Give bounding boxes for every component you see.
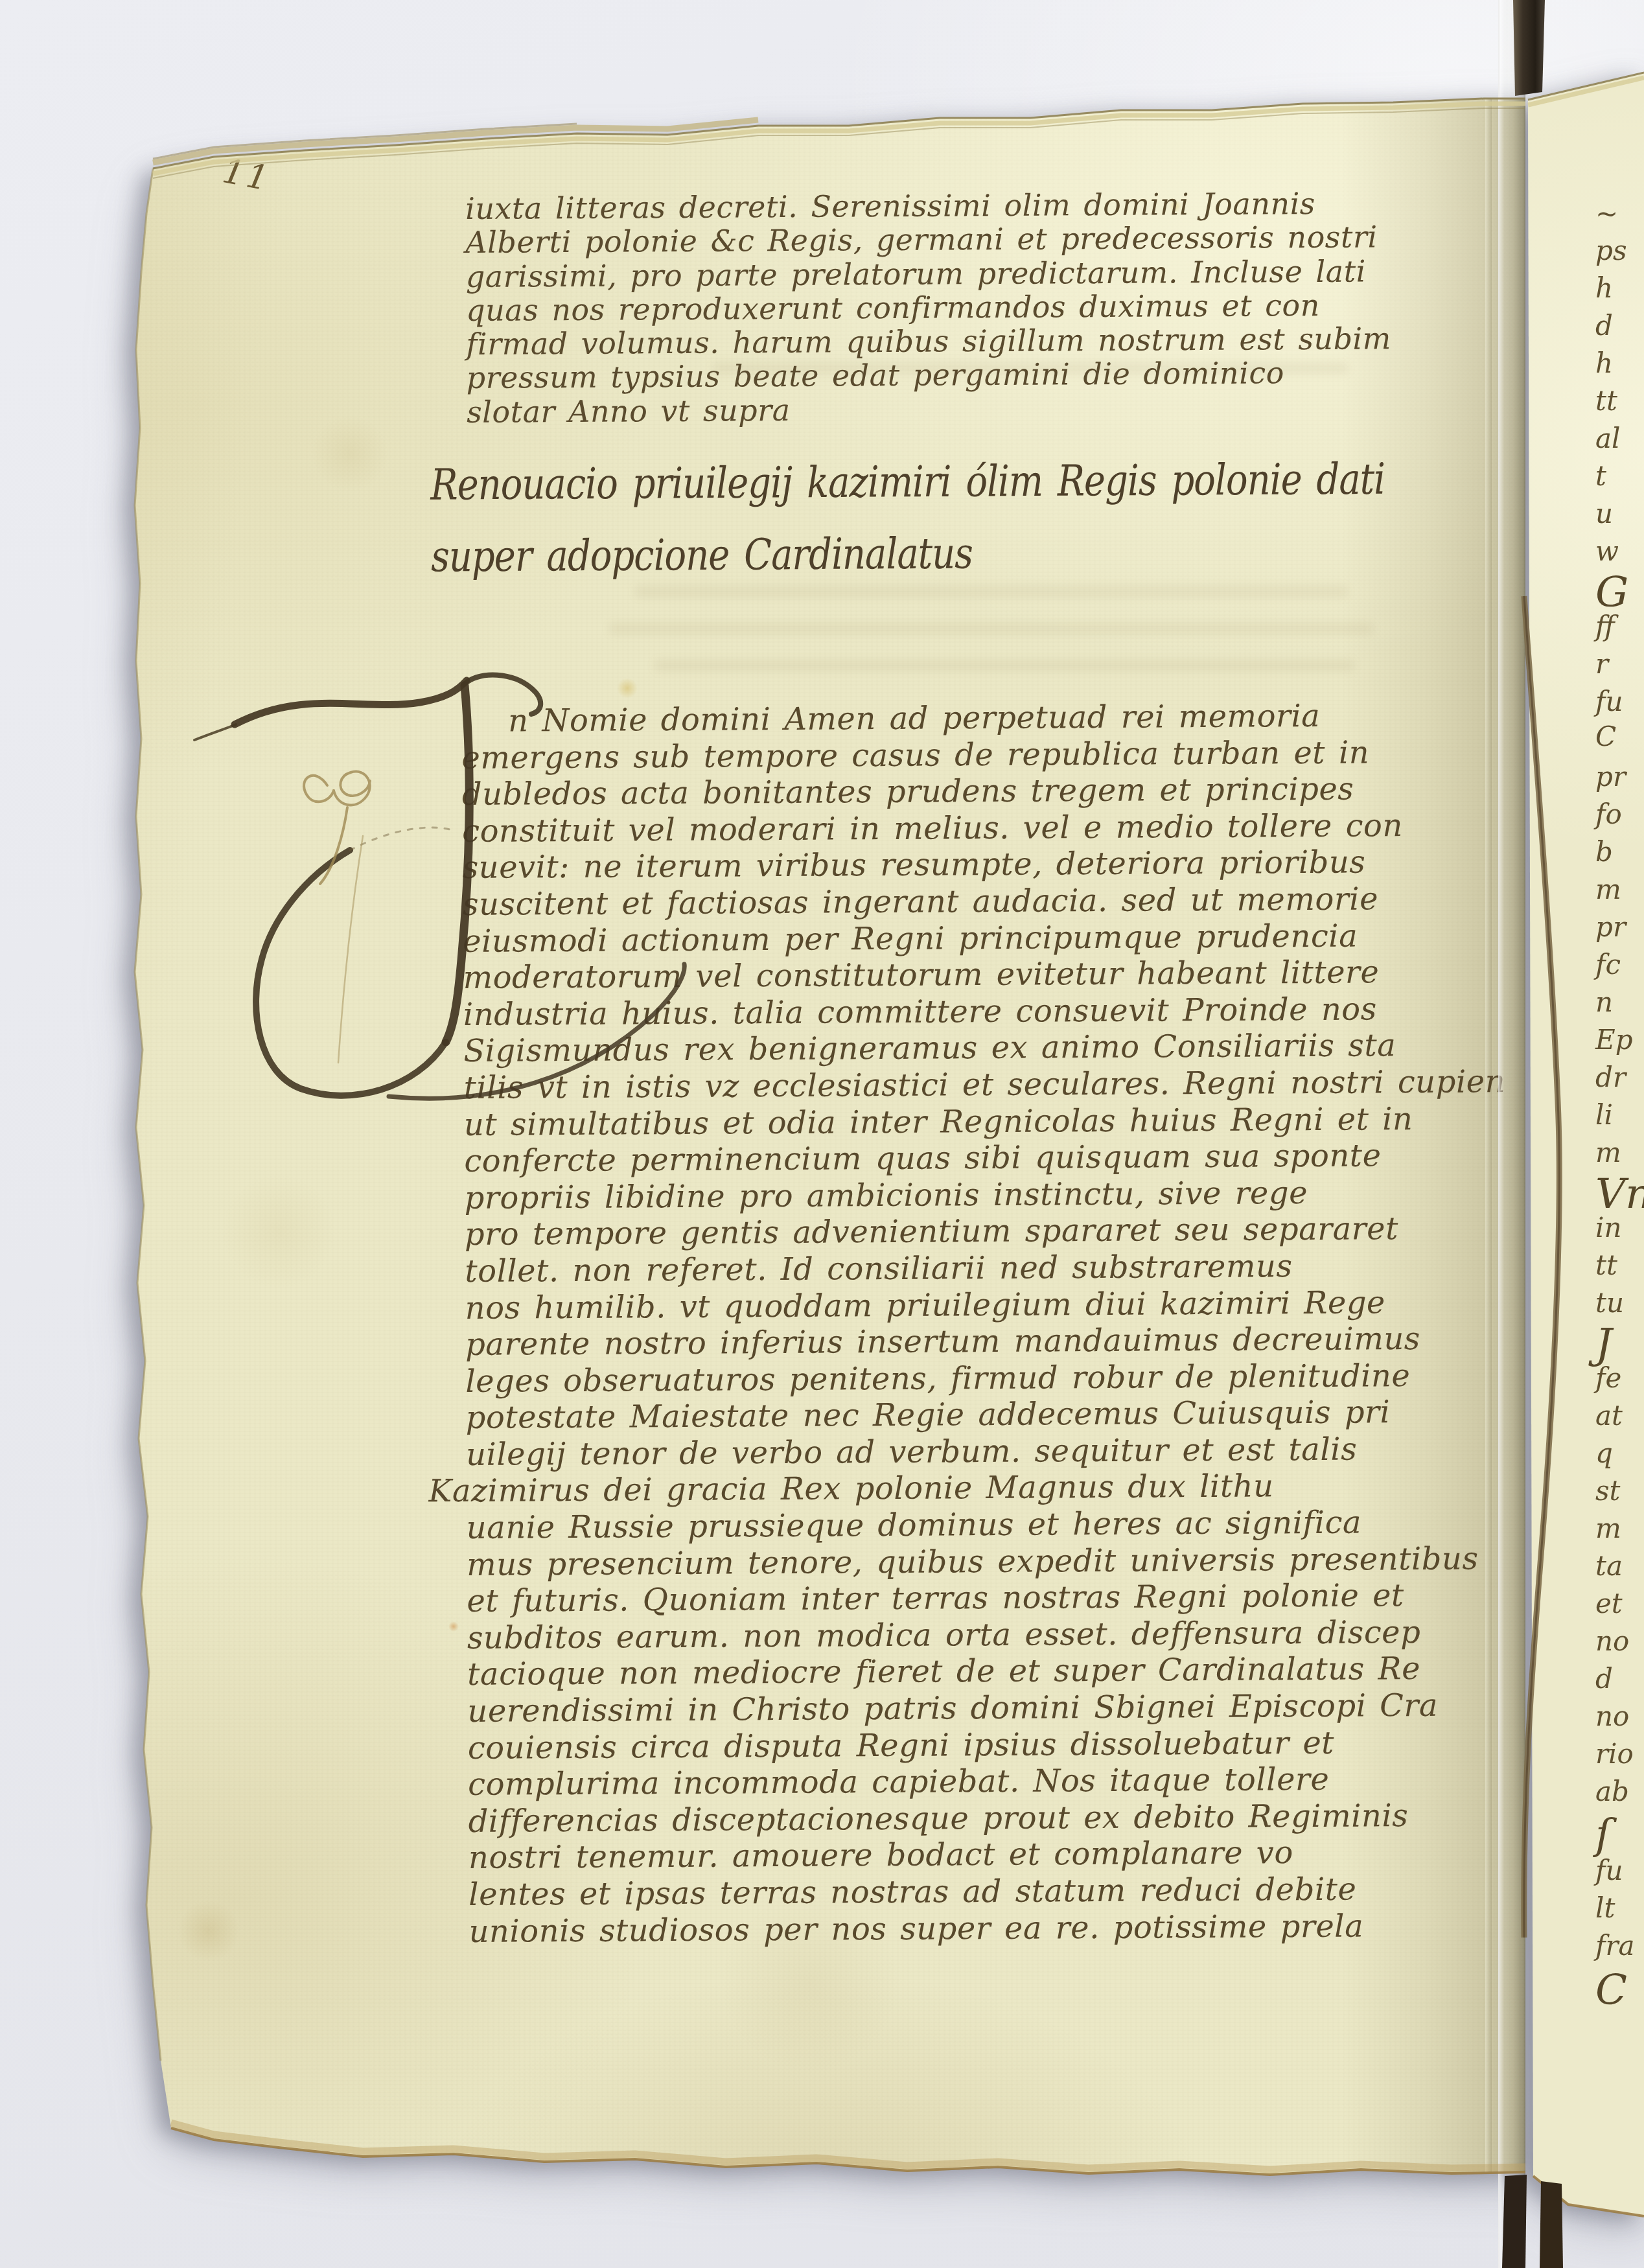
facing-page-fragment: m xyxy=(1595,1512,1621,1544)
facing-page-fragment: tu xyxy=(1595,1287,1624,1319)
text-line: n Nomie domini Amen ad perpetuad rei mem… xyxy=(461,697,1382,739)
text-line: Renouacio priuilegij kazimiri ólim Regis… xyxy=(430,444,1403,522)
rubric-heading: Renouacio priuilegij kazimiri ólim Regis… xyxy=(430,444,1403,594)
text-line: industria huius. talia committere consue… xyxy=(463,991,1384,1033)
facing-page-fragment: pr xyxy=(1595,911,1626,943)
text-line: moderatorum vel constitutorum evitetur h… xyxy=(463,954,1383,996)
facing-page-fragment: dr xyxy=(1595,1061,1626,1093)
acrylic-strap xyxy=(1498,0,1525,2268)
text-line: slotar Anno vt supra xyxy=(467,389,1374,429)
facing-page-fragment: lt xyxy=(1595,1892,1615,1924)
facing-page-fragment: ff xyxy=(1595,610,1615,642)
stain xyxy=(178,1900,240,1962)
facing-page-fragment: ps xyxy=(1595,235,1627,266)
stain xyxy=(311,415,389,492)
facing-page-fragment: at xyxy=(1595,1400,1623,1431)
stain xyxy=(617,678,638,699)
text-line: differencias disceptacionesque prout ex … xyxy=(468,1798,1388,1840)
text-line: potestate Maiestate nec Regie addecemus … xyxy=(466,1394,1386,1437)
facing-page-fragment: ab xyxy=(1595,1776,1629,1807)
text-line: tilis vt in istis vz ecclesiastici et se… xyxy=(463,1064,1384,1106)
text-line: suevit: ne iterum viribus resumpte, dete… xyxy=(462,844,1382,886)
marginal-mark-ex xyxy=(304,772,370,884)
text-line: Kazimirus dei gracia Rex polonie Magnus … xyxy=(428,1468,1386,1510)
text-line: constituit vel moderari in melius. vel e… xyxy=(462,807,1382,850)
text-line: confercte perminencium quas sibi quisqua… xyxy=(464,1137,1384,1179)
facing-page-fragment: in xyxy=(1595,1212,1621,1244)
text-line: propriis libidine pro ambicionis instinc… xyxy=(464,1174,1384,1216)
facing-page-fragment: ~ xyxy=(1595,198,1618,229)
facing-page-fragment: no xyxy=(1595,1625,1629,1657)
facing-page-fragment: st xyxy=(1595,1475,1620,1507)
facing-page-fragment: Ep xyxy=(1595,1024,1633,1056)
facing-page-fragment: q xyxy=(1595,1437,1613,1469)
facing-page-fragment: et xyxy=(1595,1588,1623,1619)
facing-page-fragment: tt xyxy=(1595,385,1617,417)
text-line: dubledos acta bonitantes prudens tregem … xyxy=(462,771,1382,813)
text-line: subditos earum. non modica orta esset. d… xyxy=(467,1614,1387,1656)
facing-page-fragment: m xyxy=(1595,1137,1621,1168)
text-line: Alberti polonie &c Regis, germani et pre… xyxy=(465,220,1372,260)
text-line: complurima incommoda capiebat. Nos itaqu… xyxy=(468,1761,1388,1803)
book-block: 11 iuxta litteras decreti. Serenissimi o… xyxy=(0,0,1644,2268)
folio-number: 11 xyxy=(220,152,274,199)
text-line: ut simultatibus et odia inter Regnicolas… xyxy=(464,1101,1384,1143)
facing-page-fragment: ſ xyxy=(1595,1811,1611,1859)
text-line: super adopcione Cardinalatus xyxy=(431,516,1404,594)
fold-crease xyxy=(1485,78,1492,2216)
facing-page-fragment: d xyxy=(1595,1663,1613,1695)
text-line: emergens sub tempore casus de republica … xyxy=(461,734,1382,776)
facing-page-fragment: tt xyxy=(1595,1249,1617,1281)
text-line: pro tempore gentis advenientium spararet… xyxy=(465,1211,1385,1253)
facing-page-fragment: no xyxy=(1595,1700,1629,1732)
facing-page-fragment: t xyxy=(1595,460,1606,492)
facing-page-fragment: al xyxy=(1595,422,1620,454)
facing-page-fragment: fc xyxy=(1595,949,1621,980)
text-line: suscitent et factiosas ingerant audacia.… xyxy=(463,881,1383,923)
text-line: et futuris. Quoniam inter terras nostras… xyxy=(467,1578,1387,1620)
manuscript-page: 11 iuxta litteras decreti. Serenissimi o… xyxy=(0,0,1644,2268)
facing-page-fragment: n xyxy=(1595,986,1613,1018)
facing-page-fragment: fe xyxy=(1595,1362,1621,1394)
facing-page-fragment: li xyxy=(1595,1099,1613,1131)
text-line: mus presencium tenore, quibus expedit un… xyxy=(467,1541,1387,1583)
facing-page-fragment: h xyxy=(1595,347,1613,379)
facing-page-fragment: J xyxy=(1595,1321,1612,1369)
facing-page-fragment: G xyxy=(1595,569,1628,617)
facing-page-fragment: fu xyxy=(1595,686,1623,717)
text-line: parente nostro inferius insertum mandaui… xyxy=(465,1321,1385,1363)
facing-page-fragment: h xyxy=(1595,272,1613,304)
facing-page-fragment: w xyxy=(1595,535,1619,567)
facing-page-fragment: pr xyxy=(1595,761,1626,793)
ink-bleed-ghost xyxy=(609,623,1374,634)
text-line: Sigismundus rex benigneramus ex animo Co… xyxy=(463,1028,1384,1070)
facing-page-fragment: d xyxy=(1595,310,1613,341)
text-line: unionis studiosos per nos super ea re. p… xyxy=(469,1908,1389,1950)
text-line: couiensis circa disputa Regni ipsius dis… xyxy=(468,1724,1388,1766)
stain xyxy=(448,1621,459,1632)
text-line: pressum typsius beate edat pergamini die… xyxy=(467,356,1374,395)
ink-bleed-ghost xyxy=(654,660,1354,671)
text-line: leges obseruaturos penitens, firmud robu… xyxy=(465,1358,1385,1400)
manuscript-photograph: 11 iuxta litteras decreti. Serenissimi o… xyxy=(0,0,1644,2268)
facing-page-fragment: fu xyxy=(1595,1855,1623,1886)
text-line: tacioque non mediocre fieret de et super… xyxy=(467,1651,1387,1693)
text-line: nos humilib. vt quoddam priuilegium diui… xyxy=(465,1284,1385,1326)
text-line: uilegij tenor de verbo ad verbum. sequit… xyxy=(466,1431,1386,1473)
charter-body-text: n Nomie domini Amen ad perpetuad rei mem… xyxy=(461,697,1389,1950)
facing-page-fragment: C xyxy=(1595,721,1616,752)
text-line: eiusmodi actionum per Regni principumque… xyxy=(463,918,1383,960)
text-line: uerendissimi in Christo patris domini Sb… xyxy=(467,1687,1387,1730)
facing-page-fragment: b xyxy=(1595,836,1613,868)
stain xyxy=(220,1173,337,1290)
facing-page-fragment: rio xyxy=(1595,1738,1634,1770)
text-line: nostri tenemur. amouere bodact et compla… xyxy=(469,1834,1389,1877)
opening-paragraph: iuxta litteras decreti. Serenissimi olim… xyxy=(465,186,1374,429)
facing-page-fragment: m xyxy=(1595,874,1621,905)
facing-page-fragment: fra xyxy=(1595,1930,1635,1961)
facing-page-fragment: r xyxy=(1595,648,1608,680)
text-line: uanie Russie prussieque dominus et heres… xyxy=(467,1504,1387,1546)
facing-page-fragment: C xyxy=(1595,1967,1627,2015)
text-line: lentes et ipsas terras nostras ad statum… xyxy=(469,1871,1389,1913)
facing-page-fragment: fo xyxy=(1595,798,1622,830)
facing-page-fragment: ta xyxy=(1595,1550,1623,1582)
text-line: tollet. non referet. Id consiliarii ned … xyxy=(465,1247,1385,1290)
facing-page-fragment: Vn xyxy=(1595,1170,1644,1218)
facing-page-fragment: u xyxy=(1595,498,1613,529)
